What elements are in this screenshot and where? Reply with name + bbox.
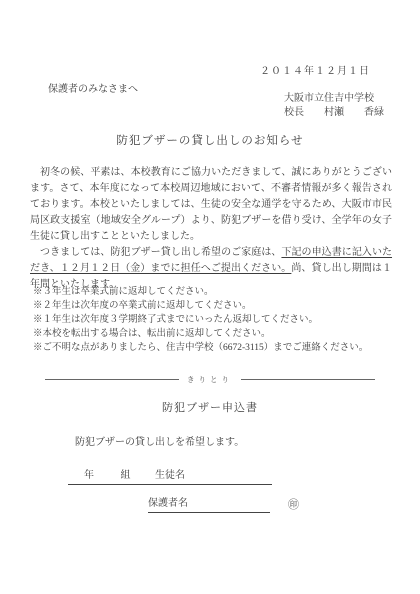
note-item-grade2: ※２年生は次年度の卒業式前に返却してください。 — [33, 299, 400, 313]
note-item-grade1: ※１年生は次年度３学期終了式までにいったん返却してください。 — [33, 313, 400, 327]
sender-block: 大阪市立住吉中学校 校長 村瀬 香緑 — [284, 92, 384, 120]
application-statement: 防犯ブザーの貸し出しを希望します。 — [75, 433, 244, 448]
note-item-contact: ※ご不明な点がありましたら、住吉中学校（6672-3115）までご連絡ください。 — [33, 341, 400, 355]
guardian-name-field-line[interactable]: 保護者名 — [148, 494, 270, 513]
document-title: 防犯ブザーの貸し出しのお知らせ — [0, 132, 420, 148]
cut-here-label: きりとり — [179, 374, 241, 385]
seal-mark-icon: ㊞ — [288, 500, 299, 513]
notice-document-page: ２０１４年１２月１日 保護者のみなさまへ 大阪市立住吉中学校 校長 村瀬 香緑 … — [0, 0, 420, 594]
note-item-transfer: ※本校を転出する場合は、転出前に返却してください。 — [33, 327, 400, 341]
cut-rule-left — [45, 379, 179, 380]
note-item-grade3: ※３年生は卒業式前に返却してください。 — [33, 285, 400, 299]
year-field-label: 年 — [84, 470, 94, 481]
guardian-field-row: 保護者名 ㊞ — [148, 494, 299, 513]
student-name-field-label: 生徒名 — [155, 470, 185, 481]
document-date: ２０１４年１２月１日 — [260, 62, 370, 77]
paragraph-2-prefix: つきましては、防犯ブザー貸し出し希望のご家庭は、 — [30, 247, 281, 258]
notes-list: ※３年生は卒業式前に返却してください。 ※２年生は次年度の卒業式前に返却してくだ… — [33, 285, 400, 355]
class-field-label: 組 — [121, 470, 131, 481]
cut-rule-right — [241, 379, 375, 380]
cut-here-divider: きりとり — [45, 374, 375, 385]
sender-school: 大阪市立住吉中学校 — [284, 92, 384, 106]
document-body: 初冬の候、平素は、本校教育にご協力いただきまして、誠にありがとうございます。さて… — [30, 165, 392, 293]
student-info-field-line[interactable]: 年 組 生徒名 — [68, 466, 272, 485]
sender-principal: 校長 村瀬 香緑 — [284, 106, 384, 120]
application-form-title: 防犯ブザー申込書 — [0, 399, 420, 415]
guardian-name-field-label: 保護者名 — [148, 498, 188, 509]
recipient-line: 保護者のみなさまへ — [48, 80, 138, 95]
body-paragraph-1: 初冬の候、平素は、本校教育にご協力いただきまして、誠にありがとうございます。さて… — [30, 165, 392, 245]
